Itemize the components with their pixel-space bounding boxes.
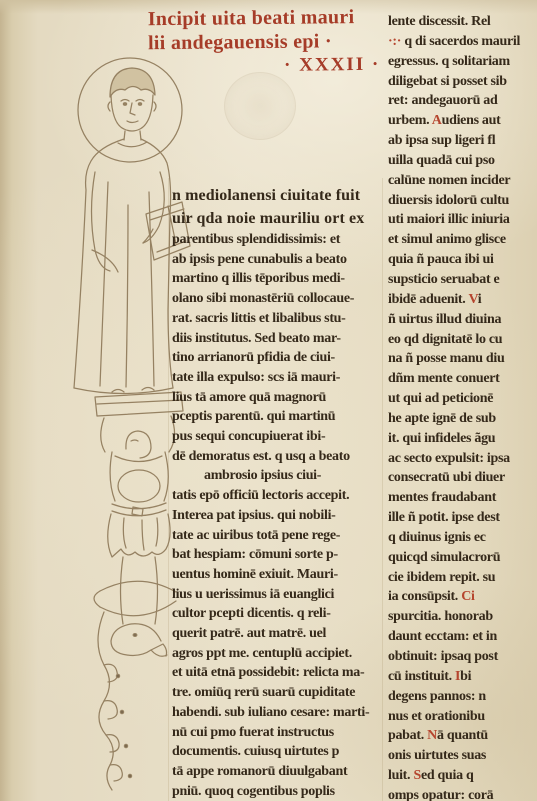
text-line: dñm mente conuert xyxy=(388,369,537,389)
rubric-line-2: lii andegauensis epi · xyxy=(148,29,384,55)
main-text-column: n mediolanensi ciuitate fuit uir qda noi… xyxy=(172,184,384,801)
text-line: onis uirtutes suas xyxy=(388,746,537,766)
text-line: tre. omiūq rerū suarū cupiditate xyxy=(172,683,384,703)
text-line: tatis epō officiū lectoris accepit. xyxy=(172,486,384,506)
text-line: ia consūpsit. Ci xyxy=(388,587,537,607)
rubric-line-1: Incipit uita beati mauri xyxy=(148,5,384,31)
red-initial: V xyxy=(468,292,477,307)
text-line: egressus. q solitariam xyxy=(388,52,537,72)
red-initial: ·:· xyxy=(388,34,404,49)
text-line: it. qui infideles ãgu xyxy=(388,429,537,449)
text-line: ab ipsa sup ligeri fl xyxy=(388,131,537,151)
red-initial: Ci xyxy=(461,589,474,604)
text-line: pus sequi concupiuerat ibi- xyxy=(172,427,384,447)
text-line: ille ñ potit. ipse dest xyxy=(388,508,537,528)
text-line: luit. Sed quia q xyxy=(388,766,537,786)
text-line: quicqd simulacrorū xyxy=(388,548,537,568)
text-line: daunt ecctam: et in xyxy=(388,627,537,647)
text-line: omps opatur: corā xyxy=(388,786,537,801)
text-line: nus et orationibu xyxy=(388,707,537,727)
text-line: na ñ posse manu diu xyxy=(388,349,537,369)
text-line: ret: andegauorū ad xyxy=(388,91,537,111)
text-line: agros ppt me. centuplū accipiet. xyxy=(172,644,384,664)
text-line: obtinuit: ipsaq post xyxy=(388,647,537,667)
column-ruling-line xyxy=(168,178,169,801)
chapter-number: · XXXII · xyxy=(148,53,384,79)
incipit-display-line: uir qda noie mauriliu ort ex xyxy=(172,207,384,230)
text-line: ambrosio ipsius ciui- xyxy=(172,466,384,486)
main-text-body: parentibus splendidissimis: etab ipsis p… xyxy=(172,230,384,801)
atlas-head xyxy=(126,431,151,458)
text-line: ac secto expulsit: ipsa xyxy=(388,449,537,469)
text-line: ab ipsis pene cunabulis a beato xyxy=(172,250,384,270)
text-line: bat hespiam: cōmuni sorte p- xyxy=(172,545,384,565)
text-line: uilla quadā cui pso xyxy=(388,151,537,171)
text-line: documentis. cuiusq uirtutes p xyxy=(172,742,384,762)
text-line: eo qd dignitatē lo cu xyxy=(388,330,537,350)
text-line: pniū. quoq cogentibus poplis xyxy=(172,782,384,801)
text-line: cū instituit. Ibi xyxy=(388,667,537,687)
text-line: parentibus splendidissimis: et xyxy=(172,230,384,250)
text-line: tate ac uiribus totā pene rege- xyxy=(172,526,384,546)
text-line: ibidē aduenit. Vi xyxy=(388,290,537,310)
text-line: pabat. Nā quantū xyxy=(388,726,537,746)
incipit-display-line: n mediolanensi ciuitate fuit xyxy=(172,184,384,207)
dragon-head xyxy=(111,624,167,656)
text-line: lius u uerissimus iā euanglici xyxy=(172,585,384,605)
text-line: spurcitia. honorab xyxy=(388,607,537,627)
text-line: cie ibidem repit. su xyxy=(388,568,537,588)
text-line: quia ñ pauca ibi ui xyxy=(388,250,537,270)
text-line: tate illa expulso: scs iā mauri- xyxy=(172,368,384,388)
text-line: nū cui pmo fuerat instructus xyxy=(172,723,384,743)
text-line: tā appe romanorū diuulgabant xyxy=(172,762,384,782)
red-initial: I xyxy=(455,669,460,684)
second-text-column: lente discessit. Rel·:· q di sacerdos ma… xyxy=(388,12,537,801)
parchment-showthrough-mark xyxy=(224,72,296,140)
text-line: et simul animo glisce xyxy=(388,230,537,250)
text-line: he apte ignē de sub xyxy=(388,409,537,429)
text-line: degens pannos: n xyxy=(388,687,537,707)
text-line: cultor pcepti dicentis. q reli- xyxy=(172,604,384,624)
text-line: pceptis parentū. qui martinū xyxy=(172,407,384,427)
text-line: dē demoratus est. q usq a beato xyxy=(172,447,384,467)
text-line: tino arrianorū pfidia de ciui- xyxy=(172,348,384,368)
red-initial: A xyxy=(432,113,442,128)
text-line: diuersis idolorū cultu xyxy=(388,191,537,211)
text-line: Interea pat ipsius. qui nobili- xyxy=(172,506,384,526)
text-line: martino q illis tēporibus medi- xyxy=(172,269,384,289)
text-line: querit patrē. aut matrē. uel xyxy=(172,624,384,644)
text-line: uti maiori illic iniuria xyxy=(388,210,537,230)
text-line: ·:· q di sacerdos mauril xyxy=(388,32,537,52)
text-line: habendi. sub iuliano cesare: marti- xyxy=(172,703,384,723)
text-line: diis institutus. Sed beato mar- xyxy=(172,329,384,349)
text-line: urbem. Audiens aut xyxy=(388,111,537,131)
text-line: olano sibi monastēriū collocaue- xyxy=(172,289,384,309)
text-line: diligebat si posset sib xyxy=(388,72,537,92)
text-line: supsticio seruabat e xyxy=(388,270,537,290)
text-line: calūne nomen incider xyxy=(388,171,537,191)
text-line: mentes fraudabant xyxy=(388,488,537,508)
text-line: ñ uirtus illud diuina xyxy=(388,310,537,330)
text-line: q diuinus ignis ec xyxy=(388,528,537,548)
text-line: ut qui ad peticionē xyxy=(388,389,537,409)
red-initial: S xyxy=(413,768,421,783)
text-line: lius tā amore quā magnorū xyxy=(172,388,384,408)
rubric-title: Incipit uita beati mauri lii andegauensi… xyxy=(148,5,385,79)
text-line: rat. sacris littis et libalibus stu- xyxy=(172,309,384,329)
red-initial: N xyxy=(427,728,437,743)
text-line: et uitā etnā possidebit: relicta ma- xyxy=(172,663,384,683)
pedestal xyxy=(95,392,183,416)
text-line: consecratū ubi diuer xyxy=(388,468,537,488)
manuscript-page: Incipit uita beati mauri lii andegauensi… xyxy=(0,0,537,801)
text-line: uentus hominē exiuit. Mauri- xyxy=(172,565,384,585)
text-line: lente discessit. Rel xyxy=(388,12,537,32)
